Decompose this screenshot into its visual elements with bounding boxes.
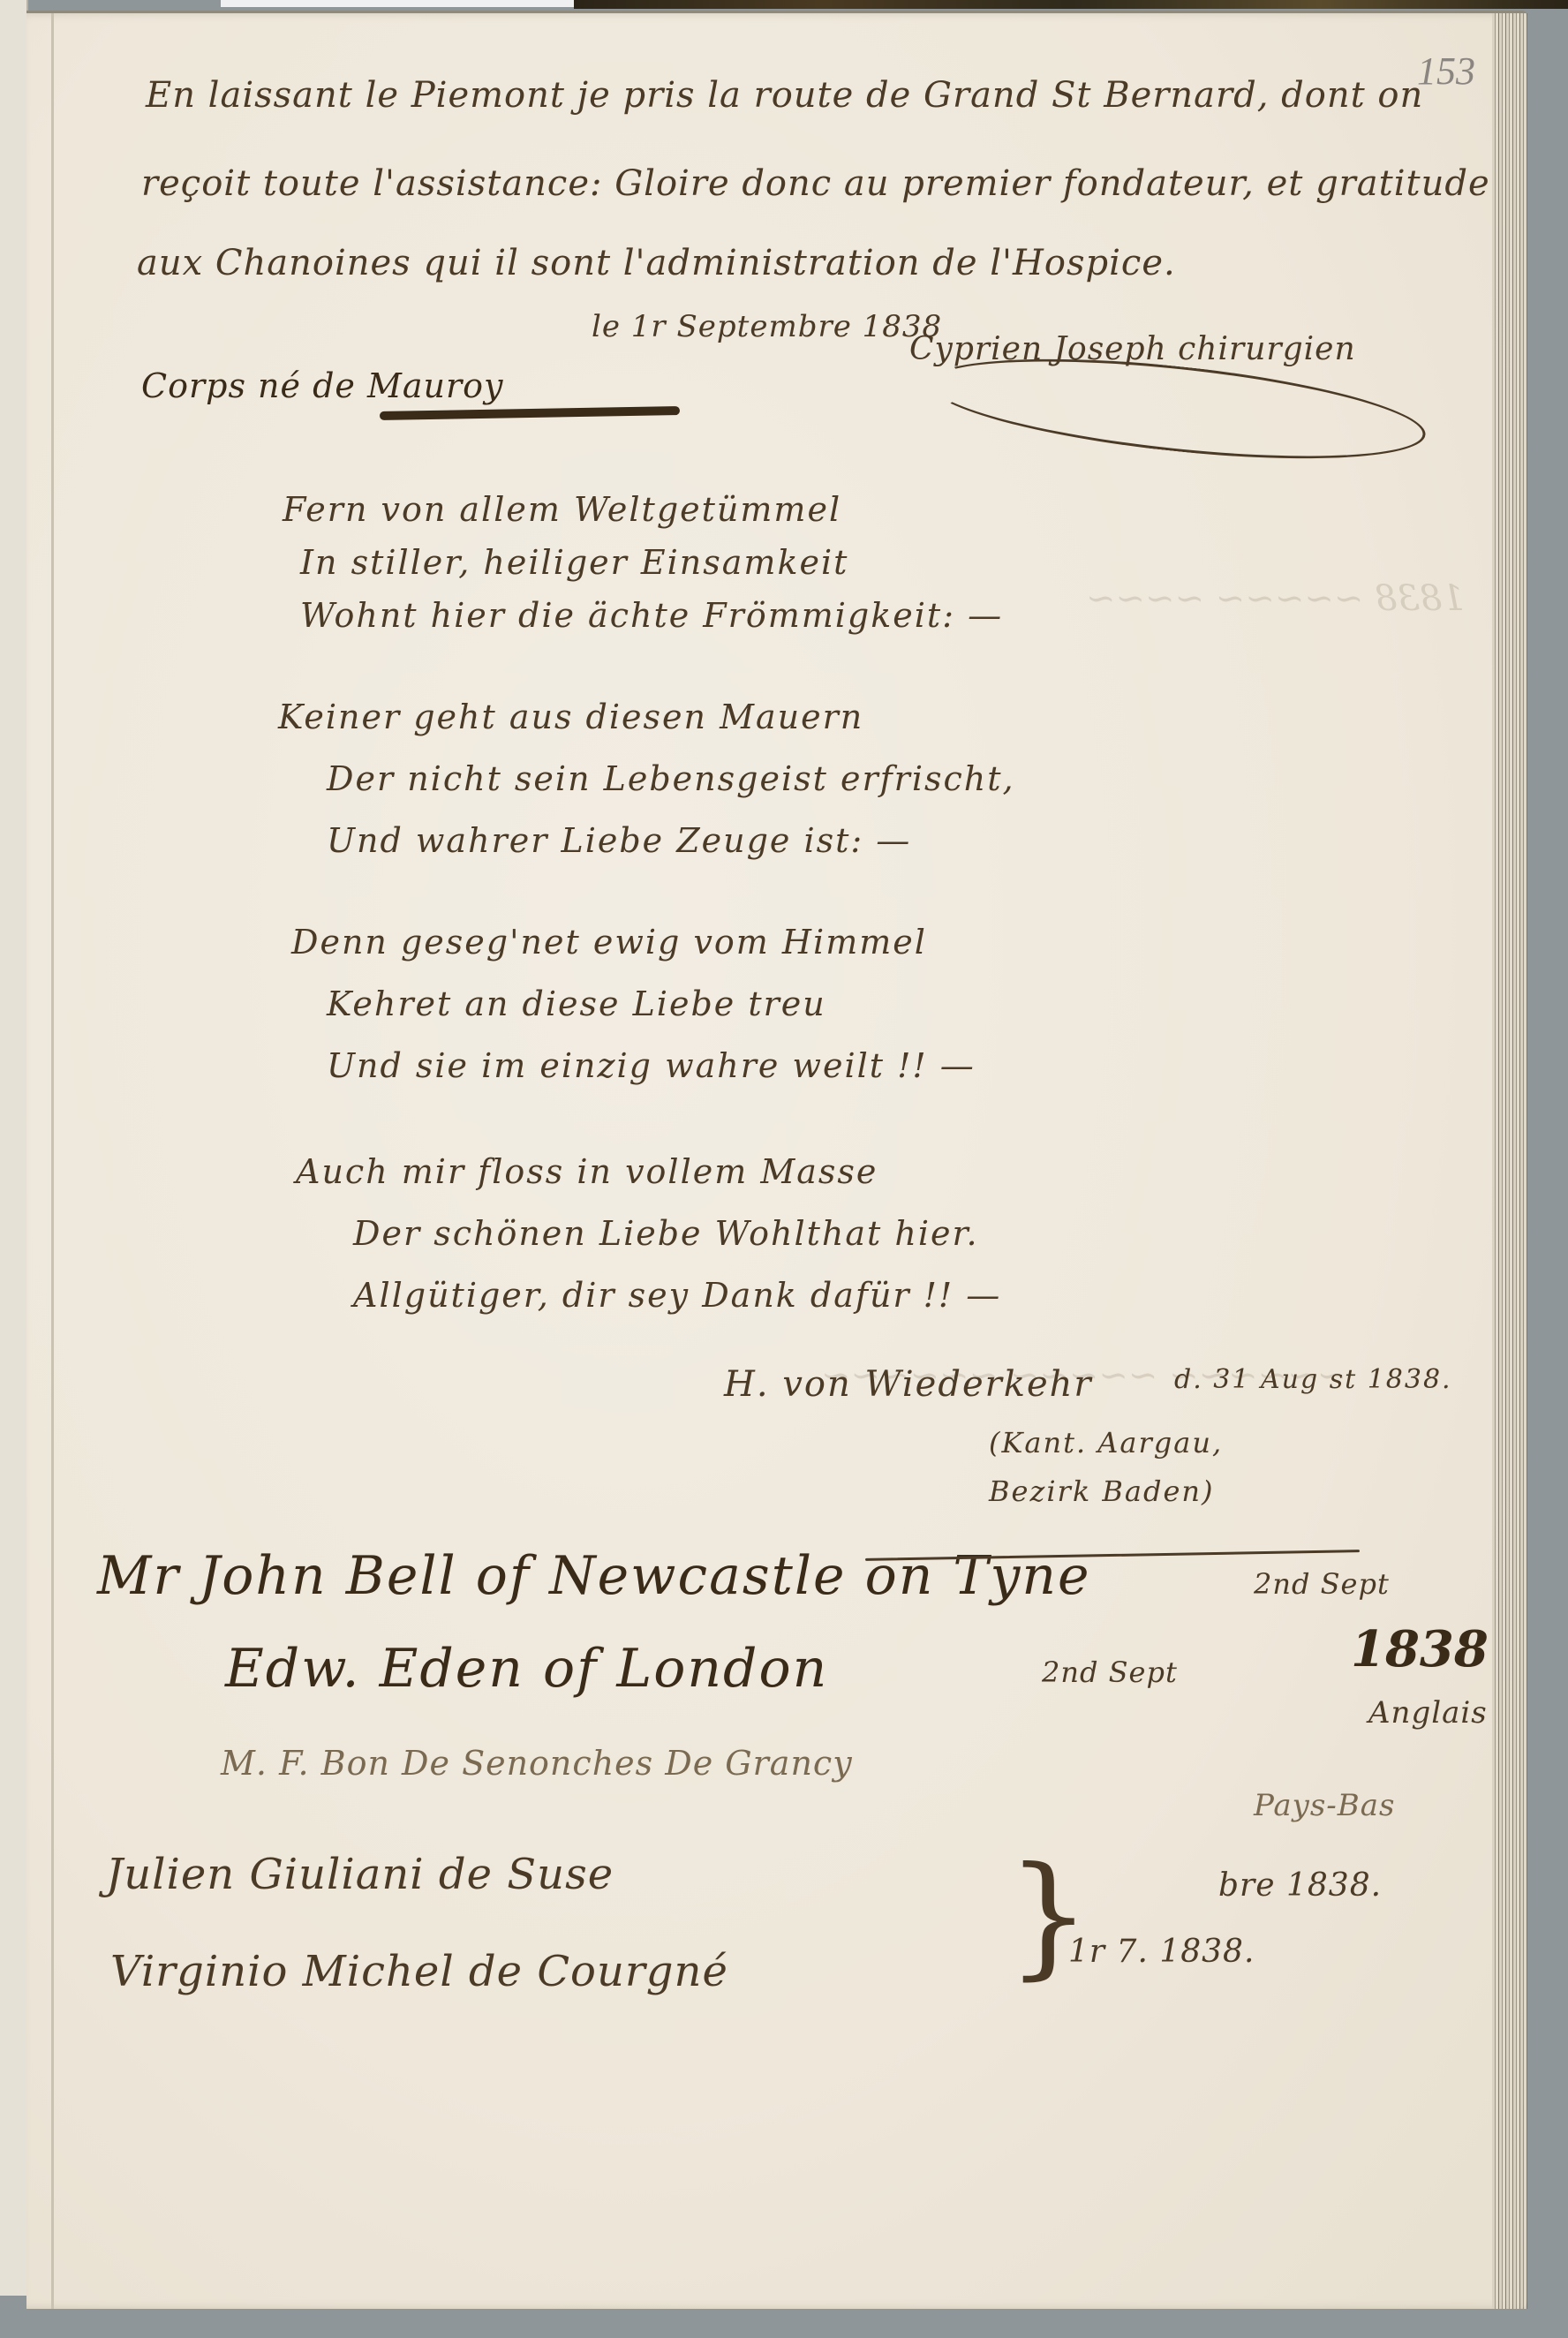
entry-note: Anglais xyxy=(1368,1695,1488,1731)
poem-line: Und wahrer Liebe Zeuge ist: — xyxy=(327,821,911,860)
text-line: Virginio Michel de Courgné xyxy=(110,1947,728,1996)
page-stack-edge xyxy=(1492,13,1527,2309)
poem-line: In stiller, heiliger Einsamkeit xyxy=(300,543,848,582)
text-line: En laissant le Piemont je pris la route … xyxy=(146,75,1423,116)
entry-date: 1r 7. 1838. xyxy=(1068,1934,1255,1970)
binding-gutter xyxy=(51,13,54,2309)
text-line: Edw. Eden of London xyxy=(225,1638,828,1700)
text-line: Julien Giuliani de Suse xyxy=(106,1850,614,1899)
poem-line: Keiner geht aus diesen Mauern xyxy=(278,698,863,736)
manuscript-page: 1838 ~~~~~ ~~~~ ~~~~~~ ~~~~~ ~~~~~~ 153 … xyxy=(26,11,1527,2309)
previous-page-edge xyxy=(0,0,28,2296)
folio-number: 153 xyxy=(1417,49,1475,94)
poem-line: Denn geseg'net ewig vom Himmel xyxy=(291,923,927,962)
poem-line: Allgütiger, dir sey Dank dafür !! — xyxy=(353,1276,1001,1315)
poem-line: Der nicht sein Lebensgeist erfrischt, xyxy=(327,759,1015,798)
text-line: reçoit toute l'assistance: Gloire donc a… xyxy=(141,163,1490,204)
poem-line: Fern von allem Weltgetümmel xyxy=(283,490,841,529)
entry-origin: Bezirk Baden) xyxy=(989,1474,1215,1508)
scan-edge-cover xyxy=(574,0,1568,9)
entry-origin: (Kant. Aargau, xyxy=(989,1426,1223,1459)
poem-line: Der schönen Liebe Wohlthat hier. xyxy=(353,1214,979,1253)
poem-line: Kehret an diese Liebe treu xyxy=(327,984,826,1023)
entry-date: bre 1838. xyxy=(1218,1867,1382,1904)
faint-text-line: M. F. Bon De Senonches De Grancy xyxy=(221,1744,853,1783)
entry-year: 1838 xyxy=(1351,1620,1489,1678)
poem-line: Und sie im einzig wahre weilt !! — xyxy=(327,1046,976,1085)
bleed-through-text: 1838 ~~~~~ ~~~~ xyxy=(1086,578,1465,619)
underline-stroke xyxy=(380,406,680,420)
scan-edge-white xyxy=(221,0,574,7)
faint-note: Pays-Bas xyxy=(1254,1788,1395,1823)
entry-date: d. 31 Aug st 1838. xyxy=(1174,1364,1452,1395)
entry-origin: Corps né de Mauroy xyxy=(141,366,504,405)
signature: H. von Wiederkehr xyxy=(724,1364,1093,1405)
text-line: Mr John Bell of Newcastle on Tyne xyxy=(97,1545,1091,1607)
poem-line: Auch mir floss in vollem Masse xyxy=(296,1152,878,1191)
poem-line: Wohnt hier die ächte Frömmigkeit: — xyxy=(300,596,1003,635)
text-line: aux Chanoines qui il sont l'administrati… xyxy=(137,243,1176,283)
entry-date: le 1r Septembre 1838 xyxy=(592,309,942,344)
entry-date: 2nd Sept xyxy=(1042,1655,1178,1689)
entry-date: 2nd Sept xyxy=(1254,1567,1390,1601)
